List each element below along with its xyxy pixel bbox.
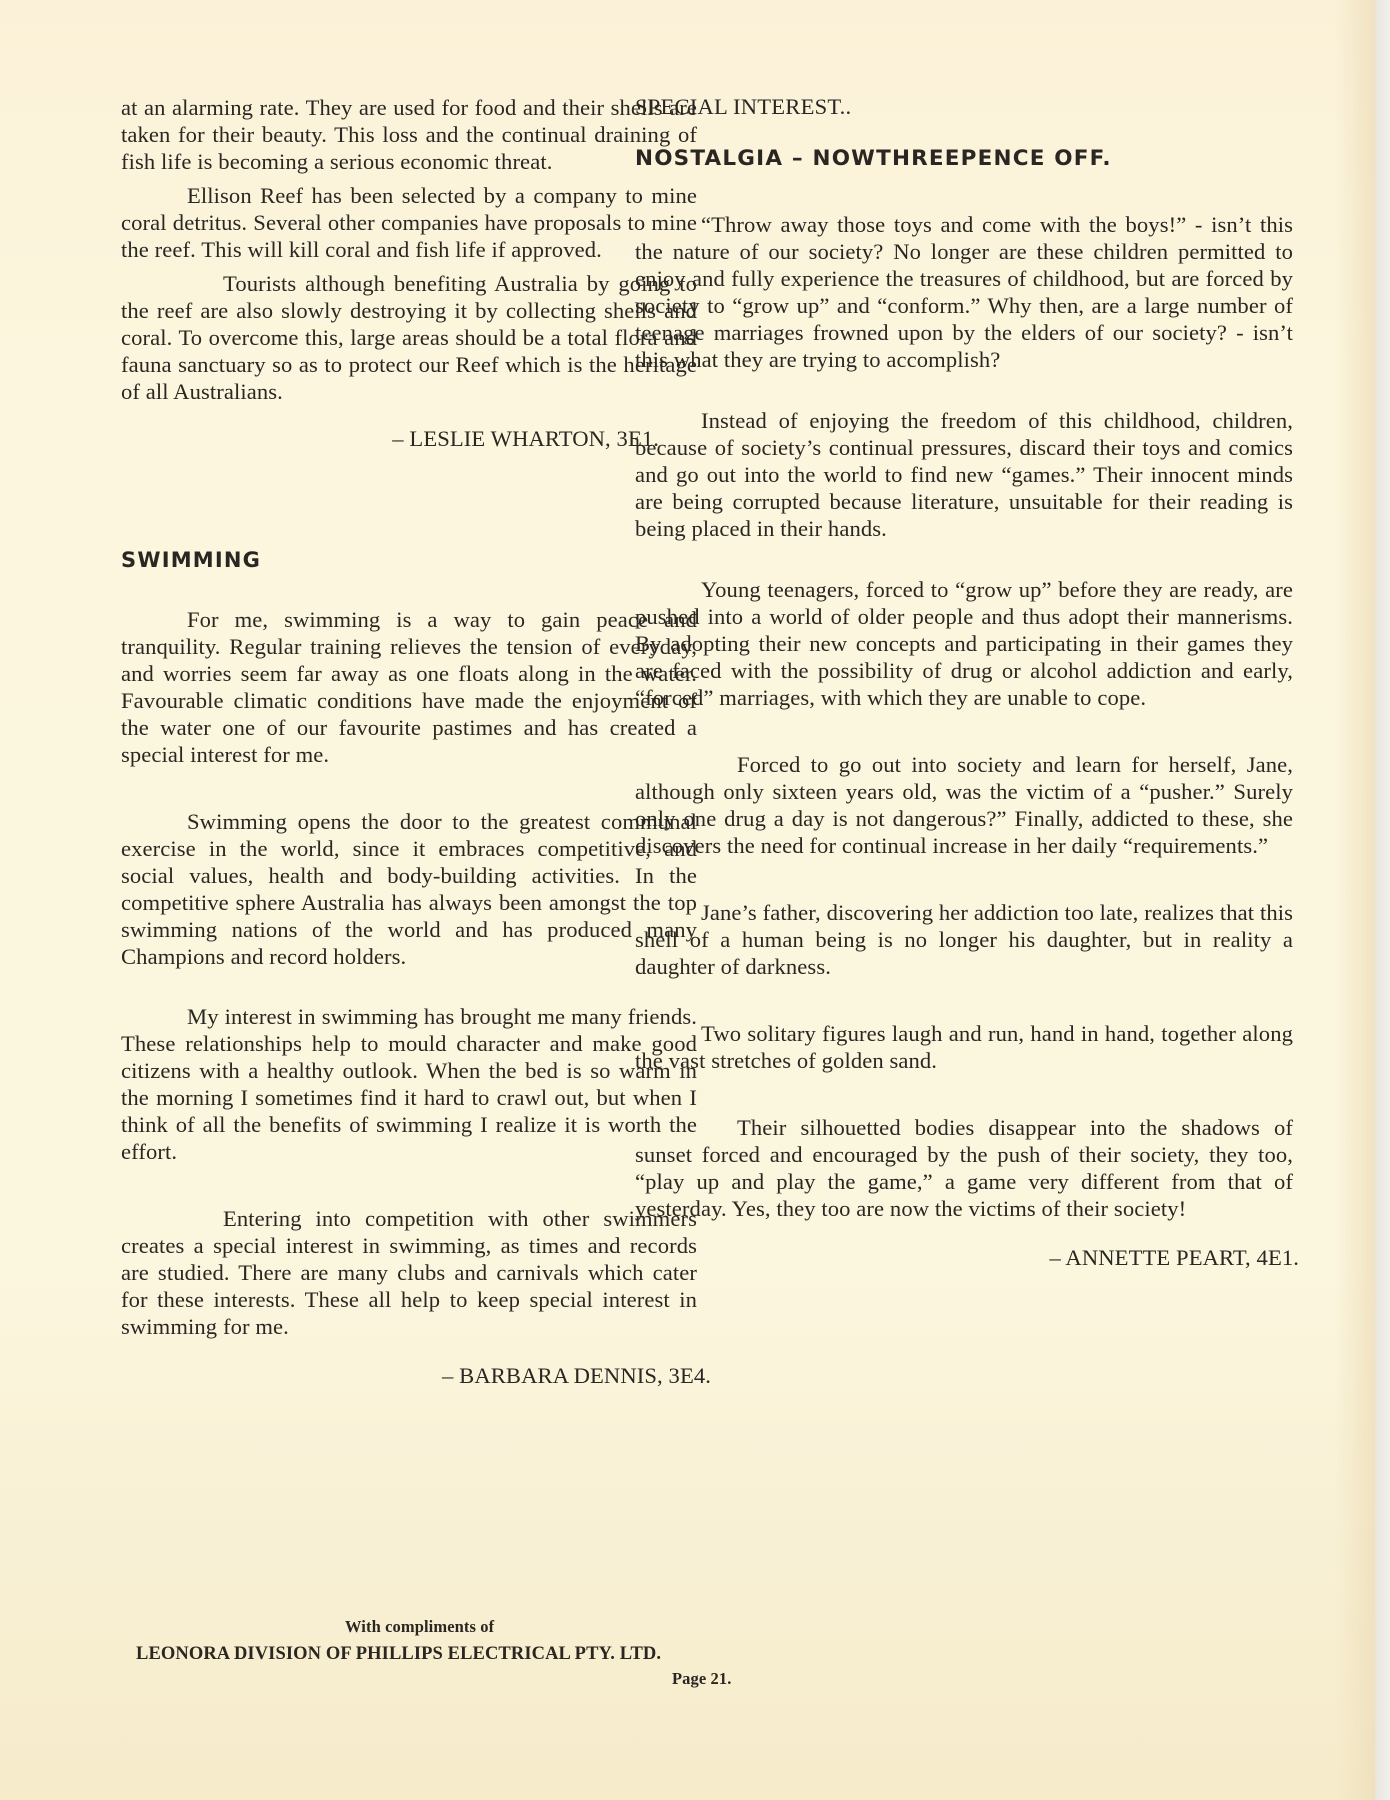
swimming-paragraph: For me, swimming is a way to gain peace … — [121, 606, 697, 768]
reef-paragraph: Tourists although benefiting Australia b… — [121, 270, 697, 405]
article-author-signature: – ANNETTE PEART, 4E1. — [635, 1244, 1299, 1271]
reef-author-signature: – LESLIE WHARTON, 3E1. — [121, 425, 697, 452]
article-paragraph: Two solitary figures laugh and run, hand… — [635, 1020, 1293, 1074]
page-edge — [1375, 0, 1390, 1800]
article-paragraph: Forced to go out into society and learn … — [635, 751, 1293, 859]
swimming-author-signature: – BARBARA DENNIS, 3E4. — [121, 1362, 711, 1389]
section-kicker: SPECIAL INTEREST.. — [635, 94, 1293, 120]
footer-compliments: With compliments of — [345, 1617, 494, 1637]
left-column: at an alarming rate. They are used for f… — [121, 94, 697, 1389]
swimming-heading: SWIMMING — [121, 548, 697, 572]
article-paragraph: “Throw away those toys and come with the… — [635, 211, 1293, 373]
article-heading: NOSTALGIA – NOWTHREEPENCE OFF. — [635, 146, 1293, 171]
swimming-paragraph: Entering into competition with other swi… — [121, 1205, 697, 1340]
page-number: Page 21. — [672, 1669, 731, 1689]
article-paragraph: Instead of enjoying the freedom of this … — [635, 407, 1293, 542]
reef-paragraph: at an alarming rate. They are used for f… — [121, 94, 697, 175]
footer-company: LEONORA DIVISION OF PHILLIPS ELECTRICAL … — [136, 1644, 661, 1665]
swimming-paragraph: My interest in swimming has brought me m… — [121, 1003, 697, 1165]
swimming-paragraph: Swimming opens the door to the greatest … — [121, 808, 697, 970]
article-paragraph: Young teenagers, forced to “grow up” bef… — [635, 576, 1293, 711]
right-column: SPECIAL INTEREST.. NOSTALGIA – NOWTHREEP… — [635, 94, 1293, 1271]
article-paragraph: Jane’s father, discovering her addiction… — [635, 899, 1293, 980]
reef-paragraph: Ellison Reef has been selected by a comp… — [121, 182, 697, 263]
magazine-page: at an alarming rate. They are used for f… — [0, 0, 1375, 1800]
article-paragraph: Their silhouetted bodies disappear into … — [635, 1114, 1293, 1222]
